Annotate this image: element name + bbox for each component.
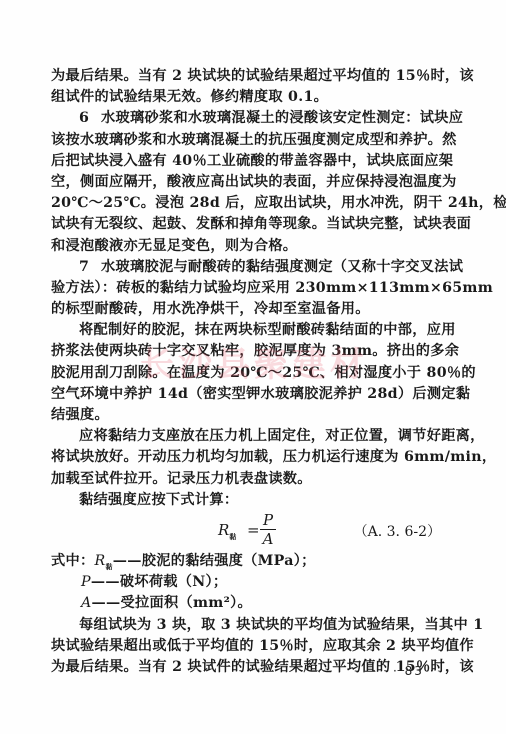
text-line: 的标型耐酸砖，用水洗净烘干，冷却至室温备用。	[51, 299, 441, 320]
text-line: 验方法）：砖板的黏结力试验均应采用 230mm×113mm×65mm	[51, 278, 441, 299]
definition-symbol: A	[81, 595, 92, 611]
text-line: 加载至试件拉开。记录压力机表盘读数。	[51, 469, 441, 490]
text-line: 块试验结果超出或低于平均值的 15％时，应取其余 2 块平均值作	[51, 636, 441, 657]
text-line: 应将黏结力支座放在压力机上固定住，对正位置，调节好距离，	[51, 426, 441, 447]
definition-item: P——破坏荷载（N）；	[51, 572, 441, 593]
section-7-heading-line: 7水玻璃胶泥与耐酸砖的黏结强度测定（又称十字交叉法试	[51, 257, 441, 278]
text-line: 为最后结果。当有 2 块试块的试验结果超过平均值的 15％时，该	[51, 66, 441, 87]
formula-numerator: P	[260, 511, 276, 529]
section-number: 7	[79, 257, 101, 278]
text-line: 水玻璃砂浆和水玻璃混凝土的浸酸该安定性测定：试块应	[101, 110, 463, 126]
formula-fraction: P A	[260, 511, 276, 548]
page-number: · 83 ·	[393, 664, 436, 678]
body-text: 为最后结果。当有 2 块试块的试验结果超过平均值的 15％时，该 组试件的试验结…	[51, 66, 441, 678]
text-line: 每组试块为 3 块，取 3 块试块的平均值为试验结果，当其中 1	[51, 615, 441, 636]
text-line: 胶泥用刮刀刮除。在温度为 20℃～25℃、相对湿度小于 80％的	[51, 363, 441, 384]
text-line: 为最后结果。当有 2 块试件的试验结果超过平均值的 15％时，该	[51, 657, 441, 678]
formula: R黏 = P A （A. 3. 6-2）	[51, 511, 441, 551]
text-line: 将试块放好。开动压力机均匀加载，压力机运行速度为 6mm/min，	[51, 447, 441, 468]
formula-lhs: R黏	[218, 521, 236, 542]
formula-subscript: 黏	[229, 532, 236, 541]
definition-dash: ——	[113, 553, 142, 569]
text-line: 水玻璃胶泥与耐酸砖的黏结强度测定（又称十字交叉法试	[101, 259, 463, 275]
formula-equals: =	[247, 521, 260, 539]
definition-text: 破坏荷载（N）；	[120, 574, 228, 590]
definition-item: 式中：R黏——胶泥的黏结强度（MPa）；	[51, 551, 441, 572]
definitions-intro: 式中：	[51, 553, 94, 569]
text-line: 组试件的试验结果无效。修约精度取 0.1。	[51, 87, 441, 108]
text-line: 和浸泡酸液亦无显足变色，则为合格。	[51, 236, 441, 257]
text-line: 20℃～25℃。浸泡 28d 后，应取出试块，用水冲洗，阴干 24h，检查	[51, 193, 441, 214]
definition-text: 胶泥的黏结强度（MPa）；	[142, 553, 316, 569]
text-line: 试块有无裂纹、起鼓、发酥和掉角等现象。当试块完整，试块表面	[51, 214, 441, 235]
text-line: 该按水玻璃砂浆和水玻璃混凝土的抗压强度测定成型和养护。然	[51, 130, 441, 151]
text-line: 空，侧面应隔开，酸液应高出试块的表面，并应保持浸泡温度为	[51, 172, 441, 193]
symbol-letter: R	[94, 553, 105, 569]
document-page: 为最后结果。当有 2 块试块的试验结果超过平均值的 15％时，该 组试件的试验结…	[0, 0, 506, 734]
equation-number: （A. 3. 6-2）	[354, 521, 441, 541]
section-6-heading-line: 6水玻璃砂浆和水玻璃混凝土的浸酸该安定性测定：试块应	[51, 108, 441, 129]
definition-text: 受拉面积（mm²）。	[121, 595, 252, 611]
section-number: 6	[79, 108, 101, 129]
text-line: 空气环境中养护 14d（密实型钾水玻璃胶泥养护 28d）后测定黏	[51, 384, 441, 405]
definition-dash: ——	[92, 595, 121, 611]
formula-denominator: A	[260, 530, 276, 548]
text-line: 黏结强度应按下式计算：	[51, 490, 441, 511]
definition-symbol: R黏	[94, 553, 112, 569]
definition-symbol: P	[81, 574, 91, 590]
formula-symbol: R	[218, 521, 229, 539]
definition-item: A——受拉面积（mm²）。	[51, 593, 441, 614]
symbol-subscript: 黏	[105, 562, 112, 571]
definition-dash: ——	[91, 574, 120, 590]
formula-definitions: 式中：R黏——胶泥的黏结强度（MPa）； P——破坏荷载（N）； A——受拉面积…	[51, 551, 441, 615]
text-line: 后把试块浸入盛有 40％工业硫酸的带盖容器中，试块底面应架	[51, 151, 441, 172]
text-line: 将配制好的胶泥，抹在两块标型耐酸砖黏结面的中部，应用	[51, 320, 441, 341]
text-line: 结强度。	[51, 405, 441, 426]
text-line: 挤浆法使两块砖十字交叉粘牢，胶泥厚度为 3mm。挤出的多余	[51, 341, 441, 362]
